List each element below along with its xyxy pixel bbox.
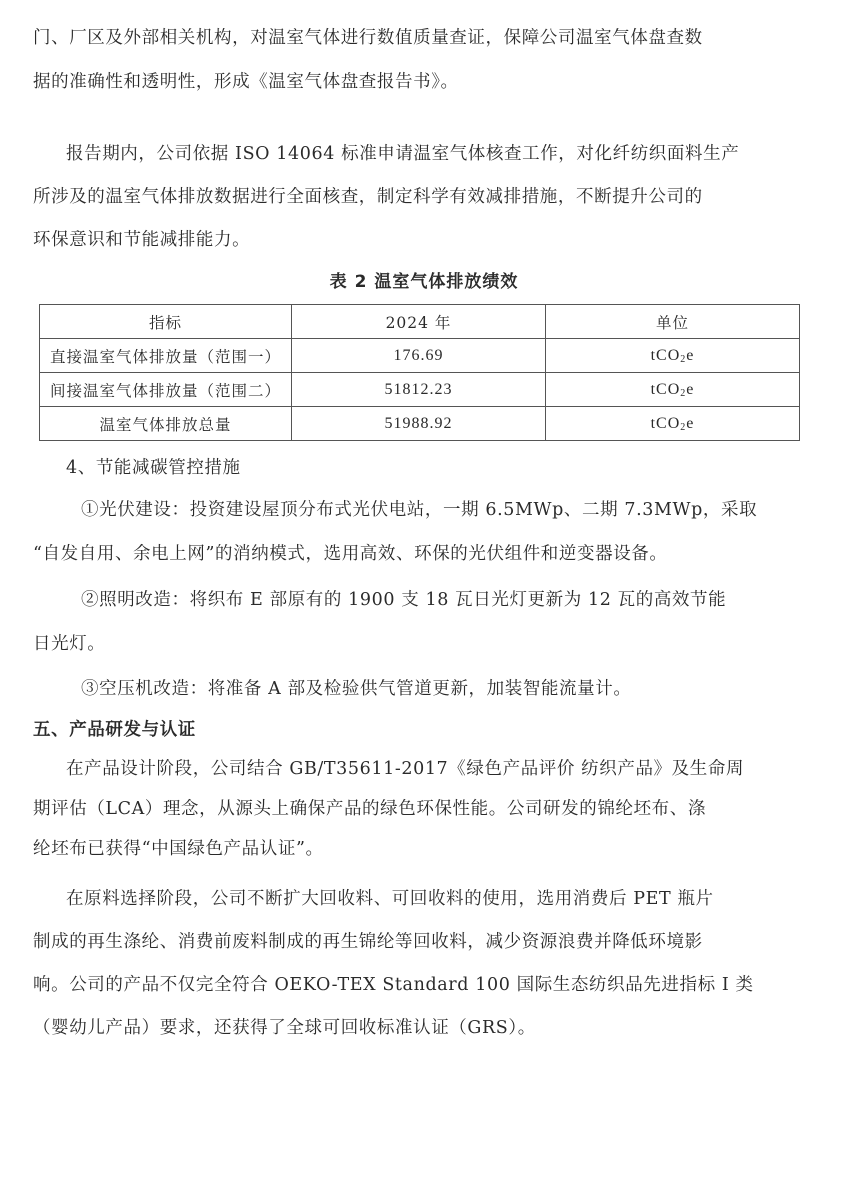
paragraph-line: 据的准确性和透明性，形成《温室气体盘查报告书》。: [33, 70, 848, 94]
value-cell: 51988.92: [292, 407, 546, 441]
indicator-cell: 间接温室气体排放量（范围二）: [40, 373, 292, 407]
paragraph-line: 响。公司的产品不仅完全符合 OEKO-TEX Standard 100 国际生态…: [33, 973, 848, 997]
paragraph-line: 期评估（LCA）理念，从源头上确保产品的绿色环保性能。公司研发的锦纶坯布、涤: [33, 797, 848, 821]
indicator-cell: 直接温室气体排放量（范围一）: [40, 339, 292, 373]
table-row: 间接温室气体排放量（范围二） 51812.23 tCO2e: [40, 373, 800, 407]
unit-cell: tCO2e: [546, 407, 800, 441]
indicator-cell: 温室气体排放总量: [40, 407, 292, 441]
paragraph-line: （婴幼儿产品）要求，还获得了全球可回收标准认证（GRS）。: [33, 1016, 848, 1040]
measure-item-line: “自发自用、余电上网”的消纳模式，选用高效、环保的光伏组件和逆变器设备。: [33, 542, 848, 566]
document-page: 门、厂区及外部相关机构，对温室气体进行数值质量查证，保障公司温室气体盘查数 据的…: [0, 0, 848, 1200]
header-year: 2024 年: [292, 305, 546, 339]
paragraph-line: 报告期内，公司依据 ISO 14064 标准申请温室气体核查工作，对化纤纺织面料…: [66, 142, 848, 166]
table-row: 直接温室气体排放量（范围一） 176.69 tCO2e: [40, 339, 800, 373]
table-caption: 表 2 温室气体排放绩效: [0, 270, 848, 294]
measure-item-line: ②照明改造：将织布 E 部原有的 1900 支 18 瓦日光灯更新为 12 瓦的…: [81, 588, 848, 612]
table-row: 温室气体排放总量 51988.92 tCO2e: [40, 407, 800, 441]
ghg-emissions-table: 指标 2024 年 单位 直接温室气体排放量（范围一） 176.69 tCO2e…: [39, 304, 800, 441]
value-cell: 176.69: [292, 339, 546, 373]
paragraph-line: 门、厂区及外部相关机构，对温室气体进行数值质量查证，保障公司温室气体盘查数: [33, 26, 848, 50]
measure-item-line: ①光伏建设：投资建设屋顶分布式光伏电站，一期 6.5MWp、二期 7.3MWp，…: [81, 498, 848, 522]
value-cell: 51812.23: [292, 373, 546, 407]
table-header-row: 指标 2024 年 单位: [40, 305, 800, 339]
unit-cell: tCO2e: [546, 373, 800, 407]
measure-item-line: 日光灯。: [33, 632, 848, 656]
paragraph-line: 所涉及的温室气体排放数据进行全面核查，制定科学有效减排措施，不断提升公司的: [33, 185, 848, 209]
section-heading: 五、产品研发与认证: [33, 718, 848, 742]
header-indicator: 指标: [40, 305, 292, 339]
header-unit: 单位: [546, 305, 800, 339]
unit-cell: tCO2e: [546, 339, 800, 373]
paragraph-line: 制成的再生涤纶、消费前废料制成的再生锦纶等回收料，减少资源浪费并降低环境影: [33, 930, 848, 954]
subsection-heading: 4、节能减碳管控措施: [66, 456, 848, 480]
paragraph-line: 在产品设计阶段，公司结合 GB/T35611-2017《绿色产品评价 纺织产品》…: [66, 757, 848, 781]
paragraph-line: 环保意识和节能减排能力。: [33, 228, 848, 252]
paragraph-line: 在原料选择阶段，公司不断扩大回收料、可回收料的使用，选用消费后 PET 瓶片: [66, 887, 848, 911]
paragraph-line: 纶坯布已获得“中国绿色产品认证”。: [33, 837, 848, 861]
measure-item-line: ③空压机改造：将准备 A 部及检验供气管道更新，加装智能流量计。: [81, 677, 848, 701]
